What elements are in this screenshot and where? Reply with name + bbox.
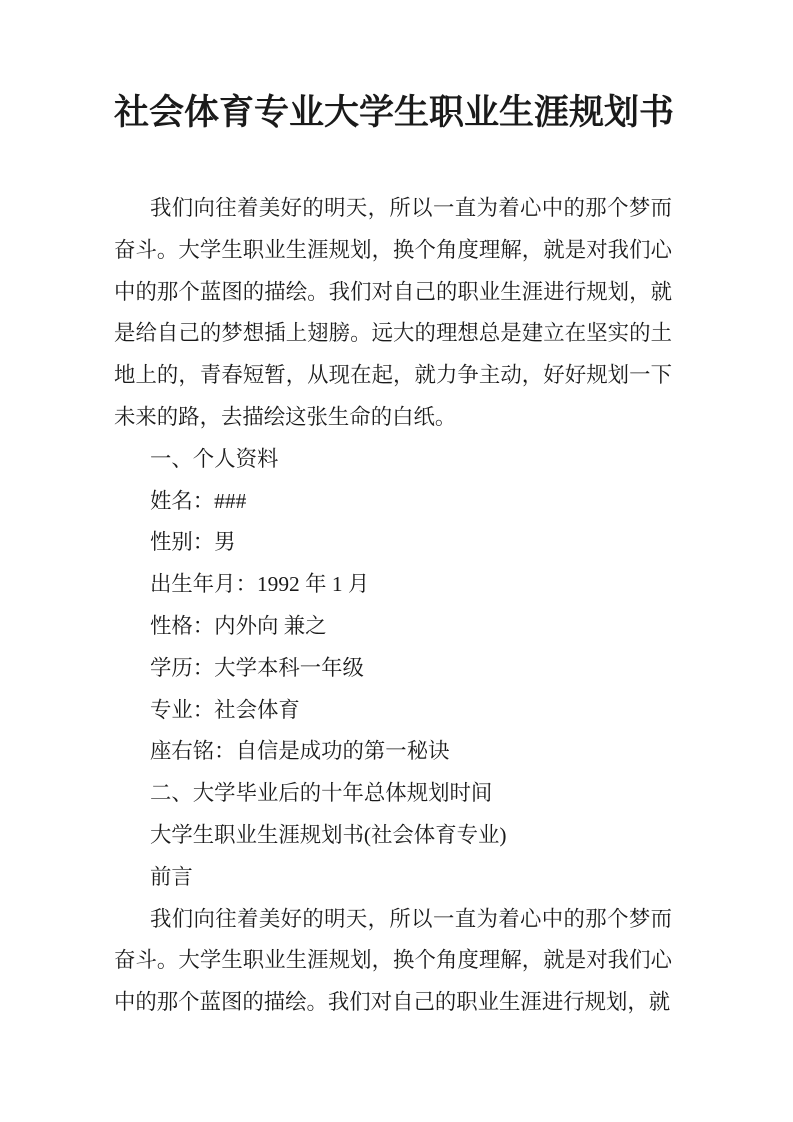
field-name: 姓名：### xyxy=(114,481,672,523)
subtitle-line: 大学生职业生涯规划书(社会体育专业) xyxy=(114,815,672,857)
preface-heading: 前言 xyxy=(114,857,672,899)
field-birthdate: 出生年月：1992 年 1 月 xyxy=(114,564,672,606)
field-motto: 座右铭：自信是成功的第一秘诀 xyxy=(114,731,672,773)
intro-paragraph: 我们向往着美好的明天，所以一直为着心中的那个梦而奋斗。大学生职业生涯规划，换个角… xyxy=(114,188,672,439)
section-heading-personal-info: 一、个人资料 xyxy=(114,439,672,481)
field-personality: 性格：内外向 兼之 xyxy=(114,606,672,648)
field-education: 学历：大学本科一年级 xyxy=(114,648,672,690)
field-gender: 性别：男 xyxy=(114,522,672,564)
preface-paragraph-truncated: 我们向往着美好的明天，所以一直为着心中的那个梦而奋斗。大学生职业生涯规划，换个角… xyxy=(114,899,672,1024)
document-body: 我们向往着美好的明天，所以一直为着心中的那个梦而奋斗。大学生职业生涯规划，换个角… xyxy=(114,188,672,1024)
field-major: 专业：社会体育 xyxy=(114,690,672,732)
document-page: 社会体育专业大学生职业生涯规划书 我们向往着美好的明天，所以一直为着心中的那个梦… xyxy=(0,0,793,1122)
document-title: 社会体育专业大学生职业生涯规划书 xyxy=(114,88,672,137)
section-heading-ten-year-plan: 二、大学毕业后的十年总体规划时间 xyxy=(114,773,672,815)
